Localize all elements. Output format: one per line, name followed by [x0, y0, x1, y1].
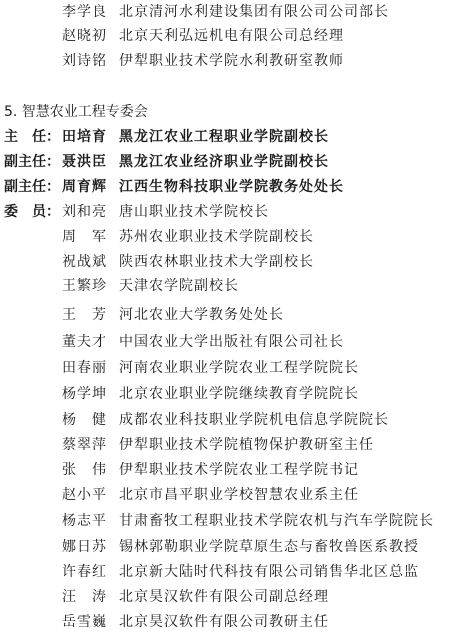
member-org: 北京天利弘远机电有限公司总经理 — [119, 24, 344, 48]
role-label: 委 员： — [4, 200, 62, 224]
member-name: 赵晓初 — [62, 24, 120, 48]
member-org: 河南农业职业学院农业工程学院院长 — [119, 356, 359, 380]
member-org: 天津农学院副校长 — [119, 274, 239, 298]
role-label: 主 任： — [4, 125, 62, 149]
leader-name: 周育辉 — [62, 175, 120, 199]
member-org: 北京市昌平职业学校智慧农业系主任 — [119, 483, 359, 507]
member-org: 北京昊汉软件有限公司教研主任 — [119, 610, 329, 633]
member-org: 锡林郭勒职业学院草原生态与畜牧兽医系教授 — [119, 535, 419, 559]
leader-name: 田培育 — [62, 125, 120, 149]
member-name: 王 芳 — [62, 303, 120, 327]
member-name: 岳雪巍 — [62, 610, 120, 633]
role-label: 副主任： — [4, 175, 62, 199]
leader-name: 聂洪臣 — [62, 150, 120, 174]
member-name: 汪 涛 — [62, 585, 120, 609]
member-org: 陕西农林职业技术大学副校长 — [119, 250, 314, 274]
member-org: 河北农业大学教务处处长 — [119, 303, 284, 327]
member-name: 刘和亮 — [62, 200, 120, 224]
member-name: 李学良 — [62, 0, 120, 24]
member-org: 中国农业大学出版社有限公司社长 — [119, 330, 344, 354]
member-name: 王繁珍 — [62, 274, 120, 298]
member-name: 蔡翠萍 — [62, 433, 120, 457]
member-org: 北京昊汉软件有限公司副总经理 — [119, 585, 329, 609]
member-org: 北京清河水利建设集团有限公司公司部长 — [119, 0, 389, 24]
member-org: 北京农业职业学院继续教育学院院长 — [119, 382, 359, 406]
member-name: 杨学坤 — [62, 382, 120, 406]
member-name: 赵小平 — [62, 483, 120, 507]
member-name: 张 伟 — [62, 458, 120, 482]
member-org: 伊犁职业技术学院农业工程学院书记 — [119, 458, 359, 482]
member-org: 伊犁职业技术学院植物保护教研室主任 — [119, 433, 374, 457]
member-name: 祝战斌 — [62, 250, 120, 274]
member-name: 董夫才 — [62, 330, 120, 354]
member-org: 苏州农业职业技术学院副校长 — [119, 225, 314, 249]
member-name: 杨志平 — [62, 509, 120, 533]
member-name: 杨 健 — [62, 408, 120, 432]
member-name: 田春丽 — [62, 356, 120, 380]
member-name: 周 军 — [62, 225, 120, 249]
role-label: 副主任： — [4, 150, 62, 174]
member-name: 刘诗铭 — [62, 49, 120, 73]
member-name: 娜日苏 — [62, 535, 120, 559]
member-org: 北京新大陆时代科技有限公司销售华北区总监 — [119, 560, 419, 584]
leader-org: 黑龙江农业经济职业学院副校长 — [119, 150, 329, 174]
member-org: 甘肃畜牧工程职业技术学院农机与汽车学院院长 — [119, 509, 434, 533]
member-org: 成都农业科技职业学院机电信息学院院长 — [119, 408, 389, 432]
leader-org: 江西生物科技职业学院教务处处长 — [119, 175, 344, 199]
section-title: 5. 智慧农业工程专委会 — [4, 100, 148, 124]
member-org: 唐山职业技术学院校长 — [119, 200, 269, 224]
member-name: 许春红 — [62, 560, 120, 584]
member-org: 伊犁职业技术学院水利教研室教师 — [119, 49, 344, 73]
leader-org: 黑龙江农业工程职业学院副校长 — [119, 125, 329, 149]
